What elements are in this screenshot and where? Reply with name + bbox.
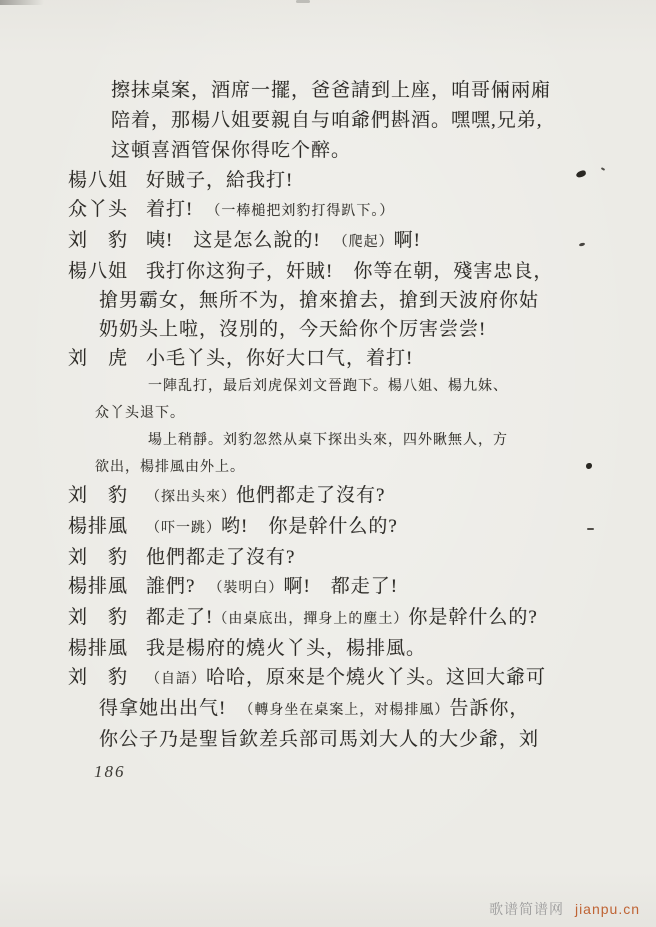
line-text: 小毛丫头，你好大口气，着打! bbox=[146, 348, 413, 369]
speaker-name: 楊八姐 bbox=[68, 166, 127, 195]
line-text: 搶男霸女，無所不为，搶來搶去，搶到天波府你姑 bbox=[99, 290, 539, 311]
stage-note-inline: 一陣乱打，最后刘虎保刘文晉跑下。楊八姐、楊九妹、 bbox=[148, 379, 508, 394]
line-text: 他們都走了沒有? bbox=[146, 547, 295, 568]
dialogue-text: 这頓喜酒管保你得吃个醉。 bbox=[111, 140, 351, 161]
line-text: 着打! （一棒槌把刘豹打得趴下。） bbox=[146, 199, 394, 220]
speaker-name: 刘 豹 bbox=[68, 226, 127, 255]
dialogue-line: 众丫头着打! （一棒槌把刘豹打得趴下。） bbox=[68, 195, 656, 226]
line-text: 咦! 这是怎么說的! （爬起）啊! bbox=[146, 230, 421, 251]
line-text: 一陣乱打，最后刘虎保刘文晉跑下。楊八姐、楊九妹、 bbox=[148, 379, 508, 394]
stage-direction-line: 众丫头退下。 bbox=[95, 400, 656, 427]
dialogue-text: 哟! 你是幹什么的? bbox=[221, 516, 398, 537]
dialogue-text: 你是幹什么的? bbox=[408, 607, 537, 628]
speaker-name: 楊排風 bbox=[68, 634, 127, 663]
text-line: 得拿她出出气! （轉身坐在桌案上，对楊排風）告訴你， bbox=[99, 694, 656, 725]
dialogue-text: 都走了! bbox=[146, 607, 213, 628]
dialogue-text: 啊! 都走了! bbox=[283, 576, 398, 597]
dialogue-line: 楊八姐我打你这狗子，奸賊! 你等在朝，殘害忠良， bbox=[68, 257, 656, 286]
text-line: 搶男霸女，無所不为，搶來搶去，搶到天波府你姑 bbox=[99, 286, 656, 315]
stage-note-inline: （一棒槌把刘豹打得趴下。） bbox=[213, 204, 394, 219]
text-line: 奶奶头上啦，沒別的，今天給你个厉害尝尝! bbox=[99, 315, 656, 344]
stage-direction-line: 場上稍靜。刘豹忽然从桌下探出头來，四外瞅無人，方 bbox=[148, 427, 656, 454]
stage-note-inline: （自語） bbox=[146, 672, 206, 687]
dialogue-line: 刘 豹他們都走了沒有? bbox=[68, 543, 656, 572]
stage-note-inline: （爬起） bbox=[341, 235, 394, 250]
stage-note-inline: （探出头來） bbox=[146, 490, 236, 505]
scanned-book-page: 擦抹桌案，酒席一擺，爸爸請到上座，咱哥倆兩廂陪着，那楊八姐要親自与咱爺們斟酒。嘿… bbox=[0, 0, 656, 927]
line-text: 你公子乃是聖旨欽差兵部司馬刘大人的大少爺，刘 bbox=[99, 729, 539, 750]
page-number: 186 bbox=[94, 762, 656, 782]
stage-note-inline: （轉身坐在桌案上，对楊排風） bbox=[246, 703, 449, 718]
dialogue-text: 小毛丫头，你好大口气，着打! bbox=[146, 348, 413, 369]
dialogue-line: 楊八姐好賊子，給我打! bbox=[68, 166, 656, 195]
speaker-name: 刘 豹 bbox=[68, 481, 127, 510]
watermark: 歌谱简谱网 jianpu.cn bbox=[489, 899, 640, 919]
dialogue-text: 告訴你， bbox=[449, 698, 529, 719]
dialogue-line: 楊排風誰們? （裝明白）啊! 都走了! bbox=[68, 572, 656, 603]
dialogue-text: 着打! bbox=[146, 199, 213, 220]
line-text: （探出头來）他們都走了沒有? bbox=[146, 485, 385, 506]
dialogue-text: 陪着，那楊八姐要親自与咱爺們斟酒。嘿嘿,兄弟, bbox=[111, 110, 543, 131]
line-text: 我是楊府的燒火丫头，楊排風。 bbox=[146, 638, 426, 659]
script-body: 擦抹桌案，酒席一擺，爸爸請到上座，咱哥倆兩廂陪着，那楊八姐要親自与咱爺們斟酒。嘿… bbox=[0, 0, 656, 754]
ink-speck bbox=[587, 528, 594, 530]
line-text: 奶奶头上啦，沒別的，今天給你个厉害尝尝! bbox=[99, 319, 486, 340]
stage-note-inline: 众丫头退下。 bbox=[95, 406, 185, 421]
dialogue-line: 楊排風（吓一跳）哟! 你是幹什么的? bbox=[68, 512, 656, 543]
speaker-name: 刘 虎 bbox=[68, 344, 127, 373]
dialogue-text: 擦抹桌案，酒席一擺，爸爸請到上座，咱哥倆兩廂 bbox=[111, 80, 551, 101]
dialogue-line: 刘 豹（探出头來）他們都走了沒有? bbox=[68, 481, 656, 512]
line-text: 众丫头退下。 bbox=[95, 406, 185, 421]
line-text: 得拿她出出气! （轉身坐在桌案上，对楊排風）告訴你， bbox=[99, 698, 529, 719]
dialogue-text: 得拿她出出气! bbox=[99, 698, 246, 719]
dialogue-text: 我打你这狗子，奸賊! 你等在朝，殘害忠良， bbox=[146, 261, 553, 282]
text-line: 陪着，那楊八姐要親自与咱爺們斟酒。嘿嘿,兄弟, bbox=[111, 106, 656, 136]
dialogue-text: 他們都走了沒有? bbox=[146, 547, 295, 568]
dialogue-text: 哈哈，原來是个燒火丫头。这回大爺可 bbox=[206, 667, 546, 688]
dialogue-line: 刘 豹都走了!（由桌底出，撣身上的塵土）你是幹什么的? bbox=[68, 603, 656, 634]
dialogue-text: 咦! 这是怎么說的! bbox=[146, 230, 341, 251]
dialogue-line: 刘 豹（自語）哈哈，原來是个燒火丫头。这回大爺可 bbox=[68, 663, 656, 694]
stage-note-inline: （裝明白） bbox=[215, 581, 283, 596]
dialogue-line: 刘 虎小毛丫头，你好大口气，着打! bbox=[68, 344, 656, 373]
dialogue-text: 好賊子，給我打! bbox=[146, 170, 293, 191]
dialogue-line: 楊排風我是楊府的燒火丫头，楊排風。 bbox=[68, 634, 656, 663]
dialogue-line: 刘 豹咦! 这是怎么說的! （爬起）啊! bbox=[68, 226, 656, 257]
line-text: 欲出，楊排風由外上。 bbox=[95, 460, 245, 475]
speaker-name: 刘 豹 bbox=[68, 603, 127, 632]
watermark-site-name: 歌谱简谱网 bbox=[489, 901, 564, 917]
speaker-name: 楊排風 bbox=[68, 572, 127, 601]
stage-note-inline: （吓一跳） bbox=[146, 521, 221, 536]
watermark-site-url: jianpu.cn bbox=[575, 901, 640, 917]
speaker-name: 众丫头 bbox=[68, 195, 127, 224]
line-text: 誰們? （裝明白）啊! 都走了! bbox=[146, 576, 398, 597]
dialogue-text: 啊! bbox=[394, 230, 421, 251]
dialogue-text: 你公子乃是聖旨欽差兵部司馬刘大人的大少爺，刘 bbox=[99, 729, 539, 750]
speaker-name: 楊排風 bbox=[68, 512, 127, 541]
line-text: 都走了!（由桌底出，撣身上的塵土）你是幹什么的? bbox=[146, 607, 538, 628]
line-text: 陪着，那楊八姐要親自与咱爺們斟酒。嘿嘿,兄弟, bbox=[111, 110, 543, 131]
line-text: （吓一跳）哟! 你是幹什么的? bbox=[146, 516, 398, 537]
dialogue-text: 奶奶头上啦，沒別的，今天給你个厉害尝尝! bbox=[99, 319, 486, 340]
dialogue-text: 搶男霸女，無所不为，搶來搶去，搶到天波府你姑 bbox=[99, 290, 539, 311]
dialogue-text: 我是楊府的燒火丫头，楊排風。 bbox=[146, 638, 426, 659]
line-text: 这頓喜酒管保你得吃个醉。 bbox=[111, 140, 351, 161]
line-text: 我打你这狗子，奸賊! 你等在朝，殘害忠良， bbox=[146, 261, 553, 282]
stage-note-inline: 場上稍靜。刘豹忽然从桌下探出头來，四外瞅無人，方 bbox=[148, 433, 508, 448]
text-line: 你公子乃是聖旨欽差兵部司馬刘大人的大少爺，刘 bbox=[99, 725, 656, 754]
speaker-name: 楊八姐 bbox=[68, 257, 127, 286]
speaker-name: 刘 豹 bbox=[68, 663, 127, 692]
scan-smudge bbox=[0, 0, 44, 5]
stage-note-inline: （由桌底出，撣身上的塵土） bbox=[213, 612, 408, 627]
line-text: 擦抹桌案，酒席一擺，爸爸請到上座，咱哥倆兩廂 bbox=[111, 80, 551, 101]
line-text: （自語）哈哈，原來是个燒火丫头。这回大爺可 bbox=[146, 667, 546, 688]
stage-direction-line: 一陣乱打，最后刘虎保刘文晉跑下。楊八姐、楊九妹、 bbox=[148, 373, 656, 400]
stage-direction-line: 欲出，楊排風由外上。 bbox=[95, 454, 656, 481]
speaker-name: 刘 豹 bbox=[68, 543, 127, 572]
line-text: 好賊子，給我打! bbox=[146, 170, 293, 191]
dialogue-text: 誰們? bbox=[146, 576, 215, 597]
text-line: 这頓喜酒管保你得吃个醉。 bbox=[111, 136, 656, 166]
text-line: 擦抹桌案，酒席一擺，爸爸請到上座，咱哥倆兩廂 bbox=[111, 76, 656, 106]
line-text: 場上稍靜。刘豹忽然从桌下探出头來，四外瞅無人，方 bbox=[148, 433, 508, 448]
dialogue-text: 他們都走了沒有? bbox=[236, 485, 385, 506]
scan-smudge bbox=[296, 0, 310, 3]
stage-note-inline: 欲出，楊排風由外上。 bbox=[95, 460, 245, 475]
